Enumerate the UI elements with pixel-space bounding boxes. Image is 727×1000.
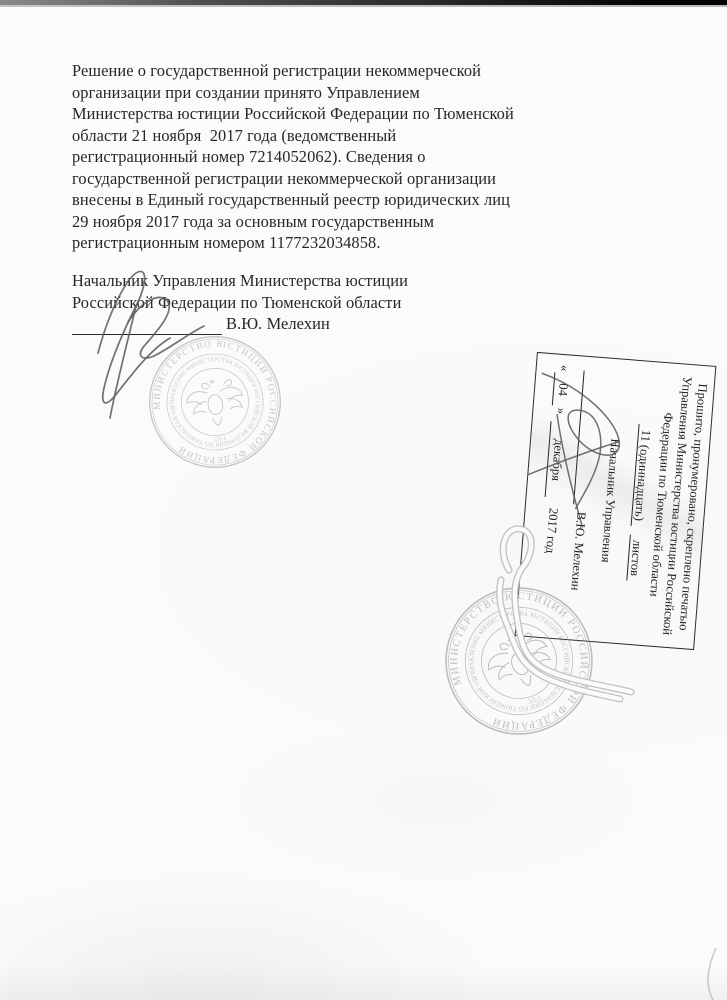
signatory-title: Начальник Управления Министерства юстици… xyxy=(72,270,502,313)
registration-decision-paragraph: Решение о государственной регистрации не… xyxy=(72,60,532,254)
sheet-count-value: 11 (одиннадцать) xyxy=(630,424,653,526)
seal-number: 2Д-1 xyxy=(214,436,227,444)
seal-number: 2Д-1 xyxy=(527,694,542,705)
quote-open: « xyxy=(556,364,572,372)
paper-crease-artifact xyxy=(708,948,716,1000)
signature-block: Начальник Управления Министерства юстици… xyxy=(72,270,502,335)
binding-sticker: Прошито, пронумеровано, скреплено печать… xyxy=(515,352,717,650)
date-year: 2017 год xyxy=(542,507,561,554)
signatory-name: В.Ю. Мелехин xyxy=(226,313,330,335)
sticker-signature-blank xyxy=(573,371,597,506)
date-day: 04 xyxy=(552,373,571,407)
quote-close: » xyxy=(553,407,569,415)
signature-line: В.Ю. Мелехин xyxy=(72,313,502,335)
sheet-count-word: листов xyxy=(626,534,645,581)
double-headed-eagle-icon xyxy=(184,376,246,430)
seal-inner-ring-text: УПРАВЛЕНИЕ МИНИСТЕРСТВА ЮСТИЦИИ РОССИЙСК… xyxy=(138,325,265,456)
sticker-signatory-name: В.Ю. Мелехин xyxy=(567,511,589,591)
scanned-document-page: Решение о государственной регистрации не… xyxy=(0,0,727,1000)
scanner-edge-shadow xyxy=(0,5,727,7)
signature-blank-line xyxy=(72,314,222,335)
date-month: декабря xyxy=(545,421,568,498)
seal-outer-ring-text: МИНИСТЕРСТВО ЮСТИЦИИ РОССИЙСКОЙ ФЕДЕРАЦИ… xyxy=(143,330,286,473)
official-seal-top: МИНИСТЕРСТВО ЮСТИЦИИ РОССИЙСКОЙ ФЕДЕРАЦИ… xyxy=(138,325,292,479)
